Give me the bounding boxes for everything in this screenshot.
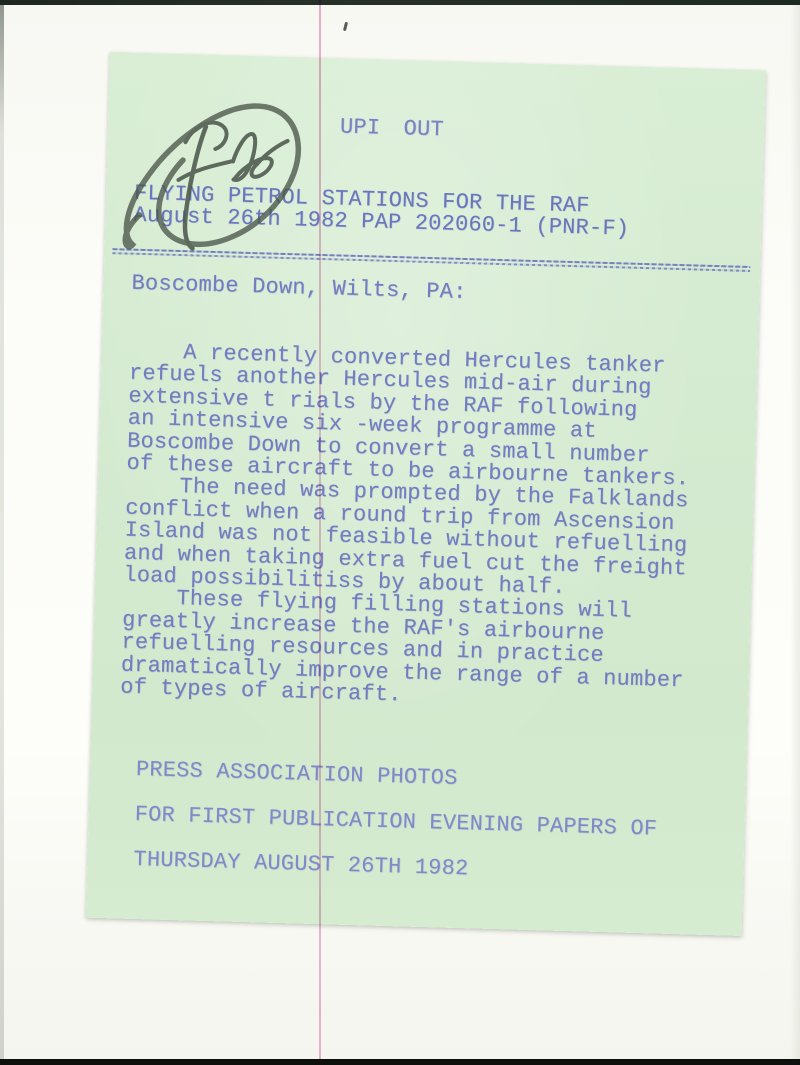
scan-edge-top (0, 0, 800, 5)
scan-edge-left (0, 5, 4, 1059)
scanned-document-background: UPI OUT FLYING PETROL STATIONS FOR THE R… (0, 0, 800, 1065)
publication-date-line: THURSDAY AUGUST 26TH 1982 (133, 849, 469, 881)
scan-edge-right (790, 5, 800, 1059)
scan-fold-line (319, 0, 321, 1065)
upi-header: UPI OUT (340, 116, 444, 141)
handwritten-file-annotation (118, 66, 324, 282)
embargo-line: FOR FIRST PUBLICATION EVENING PAPERS OF (134, 804, 657, 841)
scan-edge-bottom (0, 1059, 800, 1065)
photo-caption-sheet: UPI OUT FLYING PETROL STATIONS FOR THE R… (86, 52, 766, 936)
agency-credit-line: PRESS ASSOCIATION PHOTOS (136, 759, 458, 790)
pencil-speck (343, 22, 348, 31)
caption-body-text: A recently converted Hercules tanker ref… (120, 341, 693, 715)
